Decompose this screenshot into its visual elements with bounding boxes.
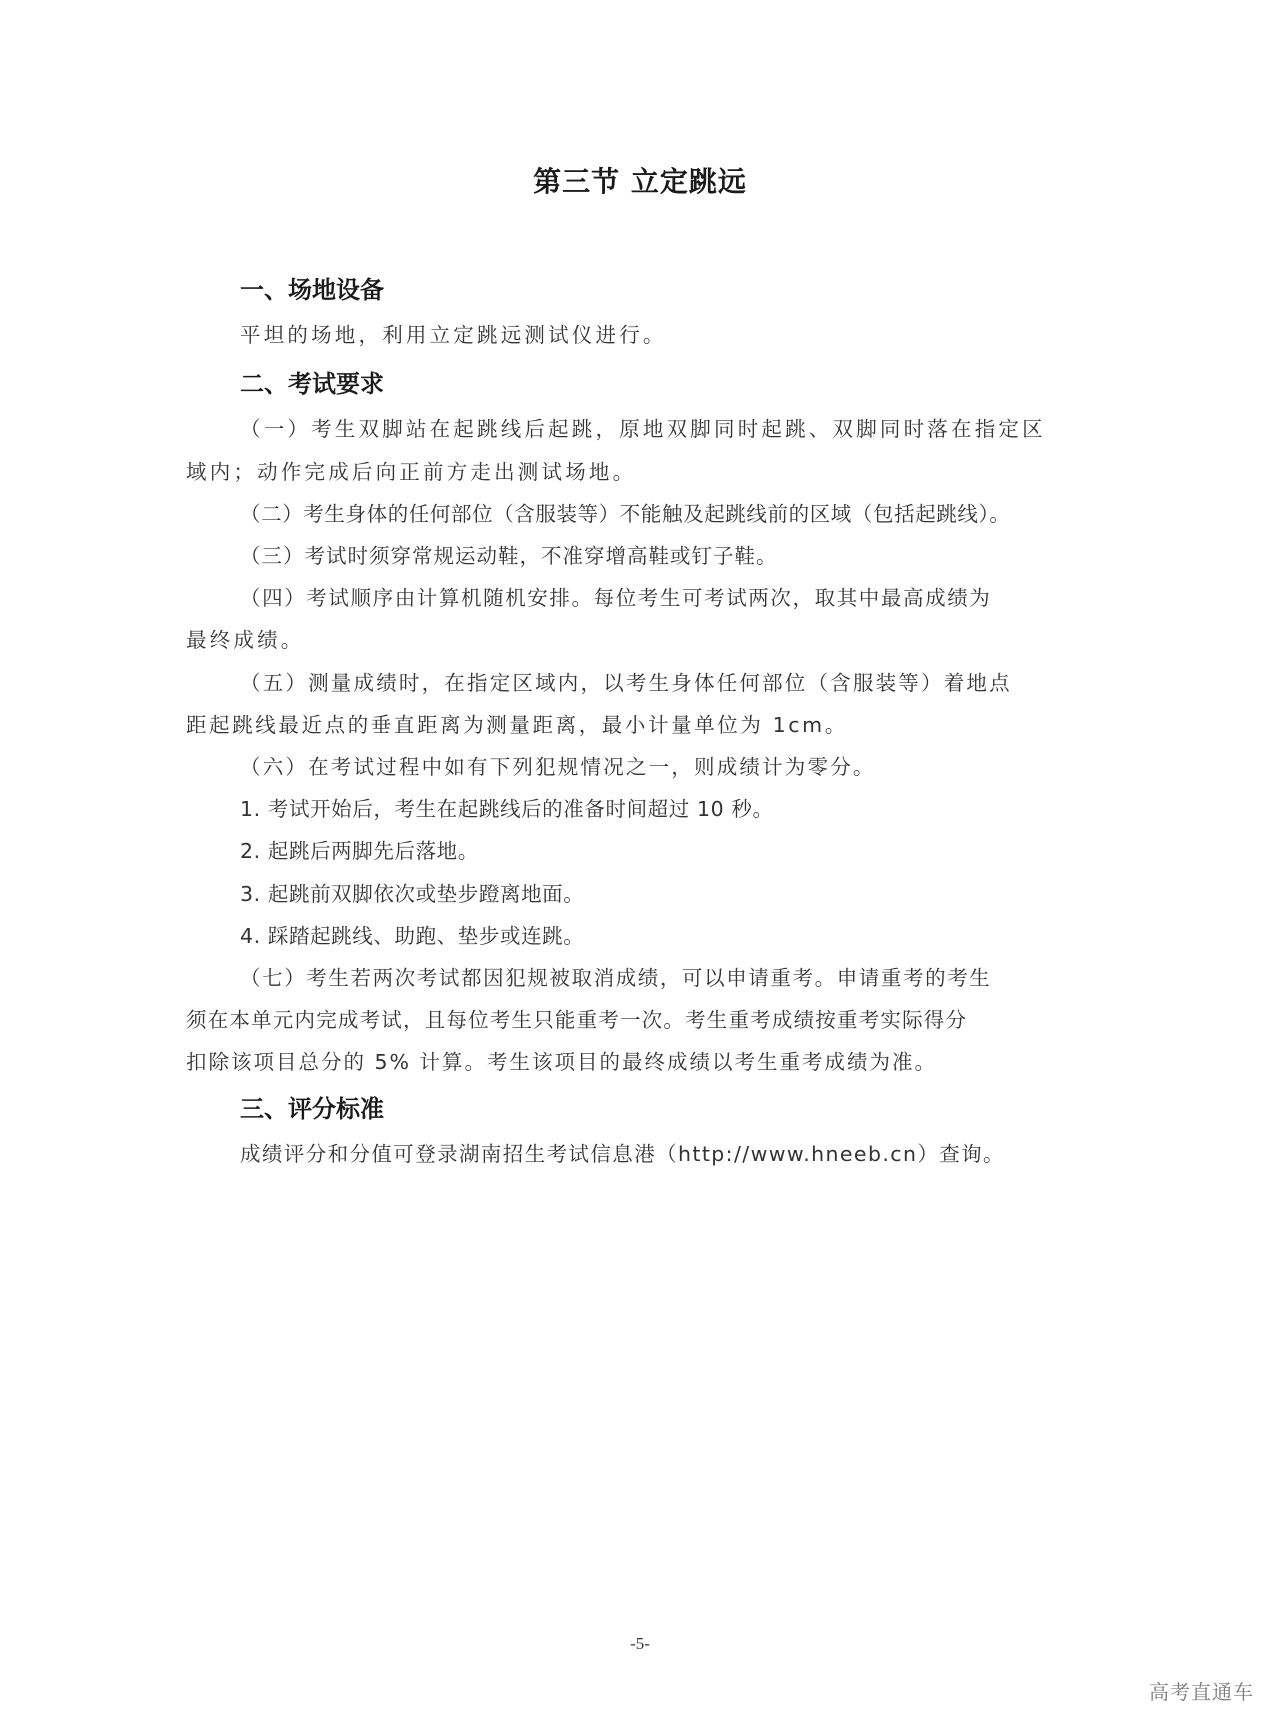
paragraph-line: 最终成绩。 <box>186 623 305 653</box>
violation-item-1: 1. 考试开始后，考生在起跳线后的准备时间超过 10 秒。 <box>240 792 774 822</box>
section-heading-venue-equipment: 一、场地设备 <box>240 270 384 305</box>
paragraph-line: （五）测量成绩时，在指定区域内，以考生身体任何部位（含服装等）着地点 <box>240 666 1012 696</box>
paragraph-line: （二）考生身体的任何部位（含服装等）不能触及起跳线前的区域（包括起跳线）。 <box>240 497 1010 527</box>
paragraph-line: 平坦的场地，利用立定跳远测试仪进行。 <box>240 318 667 348</box>
paragraph-line: （七）考生若两次考试都因犯规被取消成绩，可以申请重考。申请重考的考生 <box>240 961 991 991</box>
paragraph-line: （一）考生双脚站在起跳线后起跳，原地双脚同时起跳、双脚同时落在指定区 <box>240 412 1046 442</box>
violation-item-2: 2. 起跳后两脚先后落地。 <box>240 834 479 864</box>
watermark: 高考直通车 <box>1149 1676 1254 1705</box>
section-heading-exam-requirements: 二、考试要求 <box>240 364 384 399</box>
paragraph-line: 距起跳线最近点的垂直距离为测量距离，最小计量单位为 1cm。 <box>186 708 848 738</box>
paragraph-line: （三）考试时须穿常规运动鞋，不准穿增高鞋或钉子鞋。 <box>240 539 778 569</box>
paragraph-line: （六）在考试过程中如有下列犯规情况之一，则成绩计为零分。 <box>240 750 876 780</box>
section-heading-scoring-standard: 三、评分标准 <box>240 1089 384 1124</box>
page-number: -5- <box>0 1634 1280 1654</box>
paragraph-line: 扣除该项目总分的 5% 计算。考生该项目的最终成绩以考生重考成绩为准。 <box>186 1045 937 1075</box>
paragraph-line: 须在本单元内完成考试，且每位考生只能重考一次。考生重考成绩按重考实际得分 <box>186 1003 967 1033</box>
page-title: 第三节 立定跳远 <box>0 160 1280 200</box>
violation-item-4: 4. 踩踏起跳线、助跑、垫步或连跳。 <box>240 919 584 949</box>
paragraph-line: 域内；动作完成后向正前方走出测试场地。 <box>186 455 636 485</box>
document-page: 第三节 立定跳远 一、场地设备 平坦的场地，利用立定跳远测试仪进行。 二、考试要… <box>0 0 1280 1725</box>
paragraph-line: 成绩评分和分值可登录湖南招生考试信息港（http://www.hneeb.cn）… <box>240 1137 1005 1167</box>
violation-item-3: 3. 起跳前双脚依次或垫步蹬离地面。 <box>240 877 584 907</box>
paragraph-line: （四）考试顺序由计算机随机安排。每位考生可考试两次，取其中最高成绩为 <box>240 581 991 611</box>
